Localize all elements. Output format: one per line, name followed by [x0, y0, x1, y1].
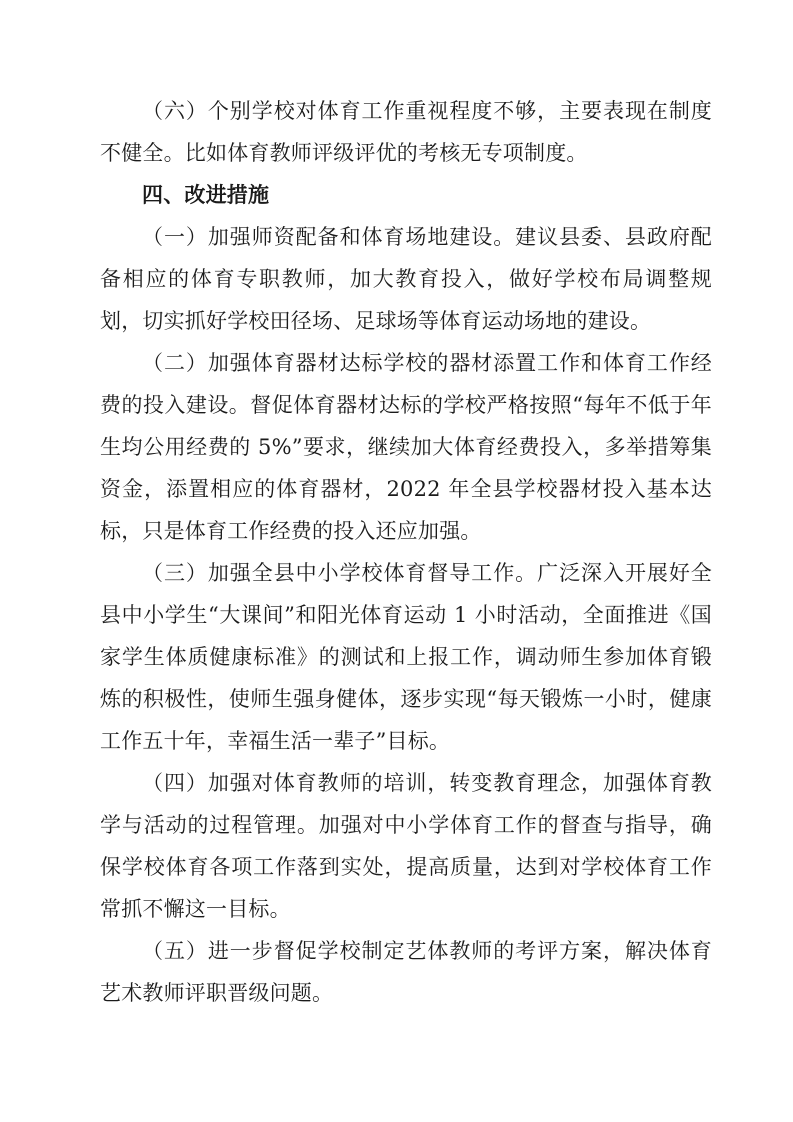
paragraph-measure-2: （二）加强体育器材达标学校的器材添置工作和体育工作经费的投入建设。督促体育器材达… [100, 342, 712, 552]
paragraph-measure-4: （四）加强对体育教师的培训，转变教育理念，加强体育教学与活动的过程管理。加强对中… [100, 762, 712, 930]
document-page: （六）个别学校对体育工作重视程度不够，主要表现在制度不健全。比如体育教师评级评优… [0, 0, 793, 1122]
paragraph-measure-5: （五）进一步督促学校制定艺体教师的考评方案，解决体育艺术教师评职晋级问题。 [100, 930, 712, 1014]
section-heading-improvement-measures: 四、改进措施 [100, 174, 712, 216]
paragraph-issue-6: （六）个别学校对体育工作重视程度不够，主要表现在制度不健全。比如体育教师评级评优… [100, 90, 712, 174]
paragraph-measure-3: （三）加强全县中小学校体育督导工作。广泛深入开展好全县中小学生“大课间”和阳光体… [100, 552, 712, 762]
paragraph-measure-1: （一）加强师资配备和体育场地建设。建议县委、县政府配备相应的体育专职教师，加大教… [100, 216, 712, 342]
